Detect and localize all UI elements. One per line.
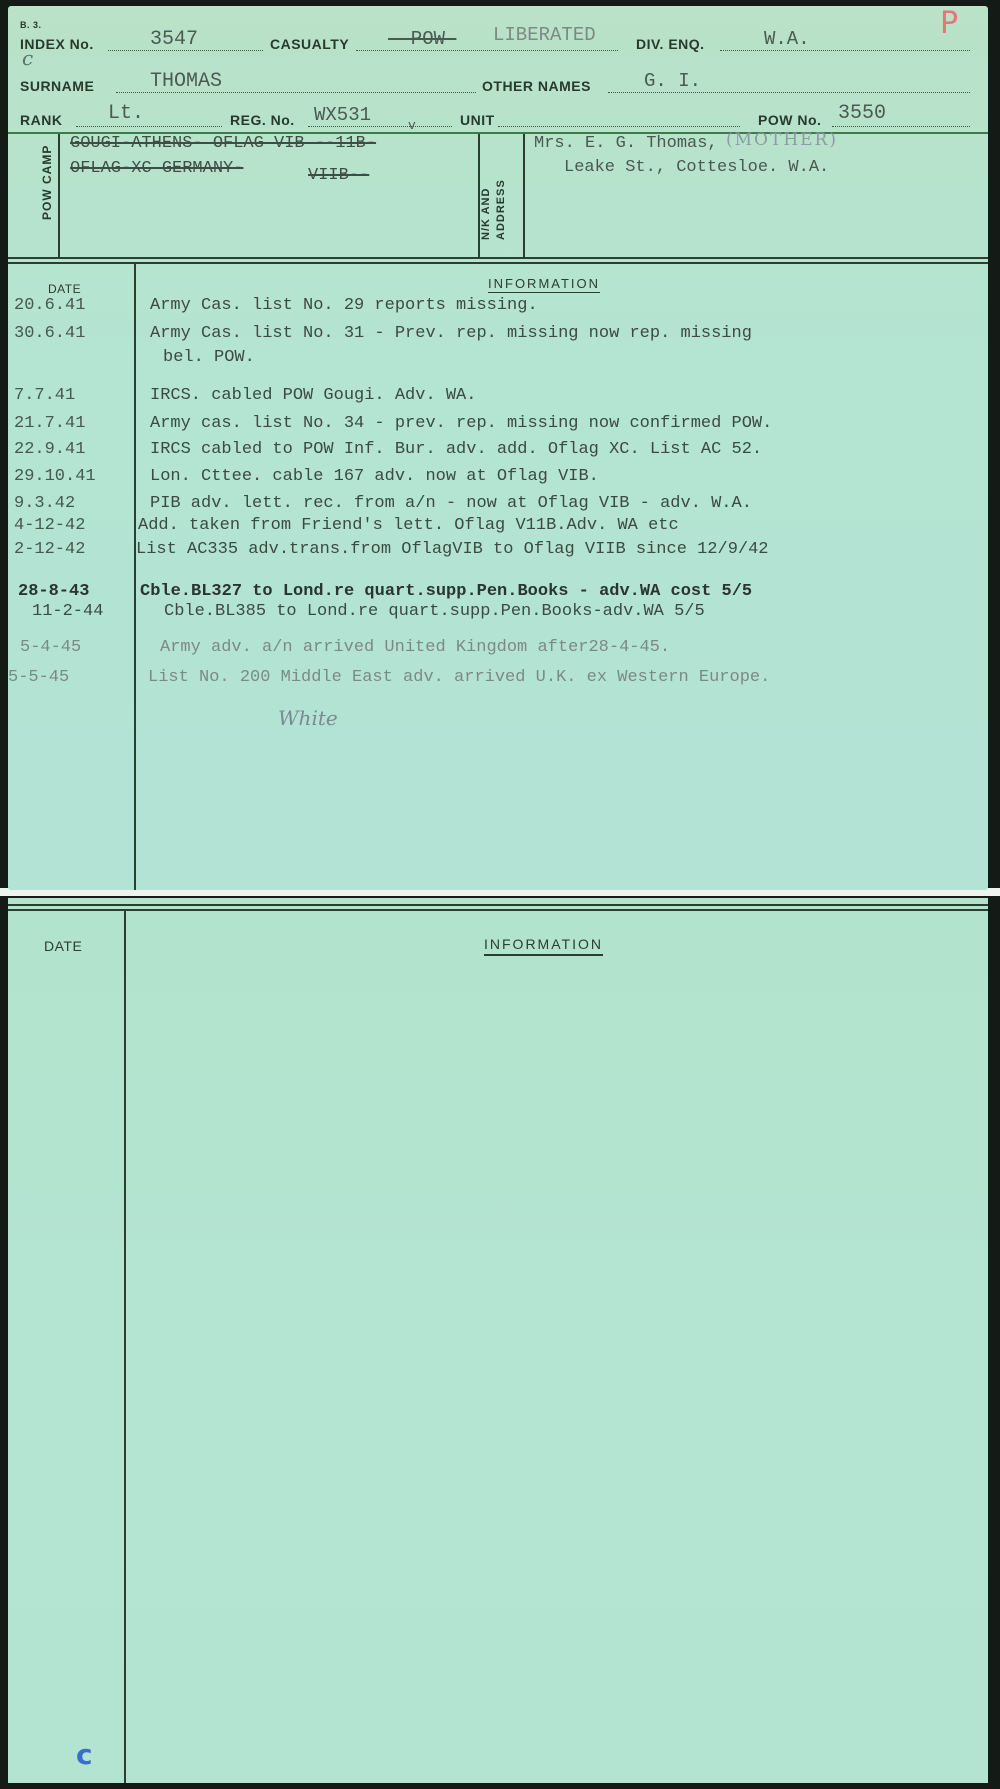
entry-date: 9.3.42 [14,494,75,513]
reg-no-line [308,126,452,127]
pow-camp-label: POW CAMP [40,145,54,220]
entry-info: List No. 200 Middle East adv. arrived U.… [148,668,770,687]
entry-date: 7.7.41 [14,386,75,405]
entry-info: Army Cas. list No. 31 - Prev. rep. missi… [150,324,752,343]
casualty-value: LIBERATED [493,24,596,46]
pencil-mark-p: P [940,6,958,41]
entry-date: 29.10.41 [14,467,96,486]
div-enq-line [720,50,970,51]
unit-label: UNIT [460,112,495,128]
entry-info: Add. taken from Friend's lett. Oflag V11… [138,516,679,535]
rank-value: Lt. [108,102,144,125]
entry-date: 4-12-42 [14,516,85,535]
surname-value: THOMAS [150,70,222,93]
pow-camp-line3: VIIB-- [308,166,369,185]
reg-no-label: REG. No. [230,112,295,128]
entry-info: Army adv. a/n arrived United Kingdom aft… [160,638,670,657]
rank-line [76,126,222,127]
entry-info: Army cas. list No. 34 - prev. rep. missi… [150,414,772,433]
pow-no-label: POW No. [758,112,821,128]
casualty-line [356,50,618,51]
rule-back-date-column [124,910,126,1783]
record-card-back: DATE INFORMATION c [8,898,988,1783]
entry-info: List AC335 adv.trans.from OflagVIB to Of… [136,540,769,559]
surname-label: SURNAME [20,78,94,94]
pow-camp-line2: OFLAG-XC GERMANY- [70,159,243,178]
blue-margin-mark: c [76,1738,93,1771]
rank-label: RANK [20,112,62,128]
rule-back-top-2 [8,909,988,911]
info-header: INFORMATION [488,276,600,293]
entry-info: Cble.BL327 to Lond.re quart.supp.Pen.Boo… [140,582,752,601]
entry-info: Army Cas. list No. 29 reports missing. [150,296,538,315]
form-code: B. 3. [20,20,42,30]
nk-label-line2: ADDRESS [495,179,507,240]
entry-date: 2-12-42 [14,540,85,559]
entry-info-continued: bel. POW. [163,348,255,367]
pow-no-line [832,126,970,127]
nk-name: Mrs. E. G. Thomas, [534,134,718,153]
entry-info: Lon. Cttee. cable 167 adv. now at Oflag … [150,467,599,486]
rule-back-top-1 [8,904,988,906]
casualty-label: CASUALTY [270,36,349,52]
rule-nk-right [523,134,525,258]
entry-date: 20.6.41 [14,296,85,315]
entry-info: IRCS. cabled POW Gougi. Adv. WA. [150,386,476,405]
rule-double-1 [8,257,988,259]
reg-no-mark: v [408,118,416,133]
entry-info: PIB adv. lett. rec. from a/n - now at Of… [150,494,752,513]
casualty-struck-value: --POW- [388,28,456,50]
nk-relation-note: (MOTHER) [726,130,838,150]
entry-date: 28-8-43 [18,582,89,601]
back-info-header: INFORMATION [484,936,603,956]
entry-info: Cble.BL385 to Lond.re quart.supp.Pen.Boo… [164,602,705,621]
date-header: DATE [48,282,81,296]
rule-date-column [134,264,136,890]
reg-no-value: WX531 [314,104,371,126]
other-names-line [608,92,970,93]
div-enq-value: W.A. [764,28,810,50]
back-date-header: DATE [44,938,82,954]
rule-camp-left [58,134,60,258]
index-no-value: 3547 [150,28,198,51]
entry-date: 30.6.41 [14,324,85,343]
handwritten-note: White [278,706,338,730]
pow-camp-line1: GOUGI-ATHENS- OFLAG VIB --11B- [70,134,376,153]
entry-date: 21.7.41 [14,414,85,433]
nk-address: Leake St., Cottesloe. W.A. [564,158,829,177]
entry-date: 5-5-45 [8,668,69,687]
record-card-front: B. 3. INDEX No. 3547 CASUALTY --POW- LIB… [8,6,988,890]
entry-info: IRCS cabled to POW Inf. Bur. adv. add. O… [150,440,762,459]
nk-label-line1: N/K AND [480,188,492,240]
entry-date: 22.9.41 [14,440,85,459]
other-names-value: G. I. [644,70,701,92]
margin-mark: c [22,46,33,70]
rule-double-2 [8,262,988,264]
div-enq-label: DIV. ENQ. [636,36,705,52]
entry-date: 5-4-45 [20,638,81,657]
unit-line [498,126,740,127]
pow-no-value: 3550 [838,102,886,125]
other-names-label: OTHER NAMES [482,78,591,94]
entry-date: 11-2-44 [32,602,103,621]
